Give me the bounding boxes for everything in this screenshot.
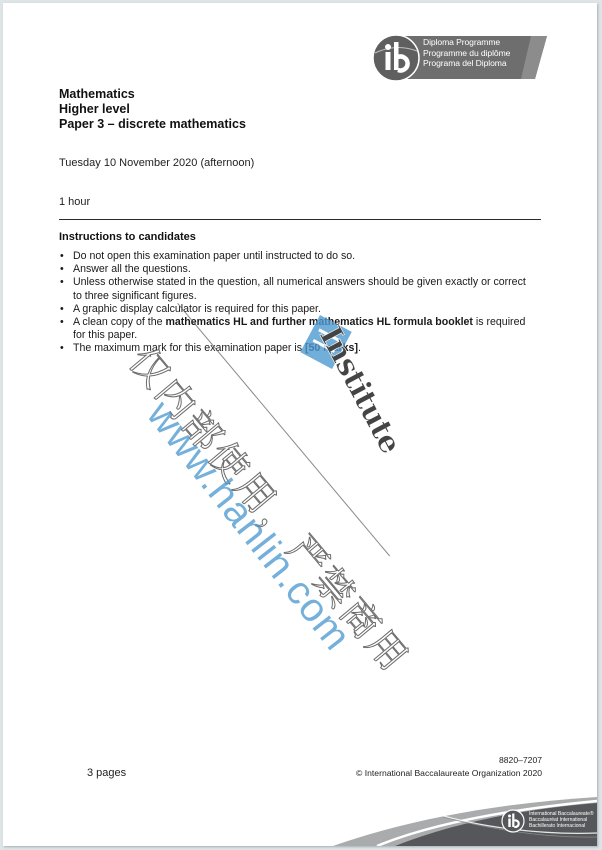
paper-code: 8820–7207 — [499, 755, 542, 765]
bullet-icon: • — [60, 276, 64, 289]
instruction-item: •Unless otherwise stated in the question… — [59, 276, 529, 302]
bullet-icon: • — [60, 316, 64, 329]
instruction-item: •A clean copy of the mathematics HL and … — [59, 316, 529, 342]
programme-line-en: Diploma Programme — [423, 37, 510, 48]
paper-title: Mathematics Higher level Paper 3 – discr… — [59, 87, 246, 132]
programme-line-fr: Programme du diplôme — [423, 48, 510, 59]
ib-organization-names: International Baccalaureate® Baccalauréa… — [529, 811, 594, 829]
programme-names: Diploma Programme Programme du diplôme P… — [423, 37, 510, 69]
instruction-item: •Do not open this examination paper unti… — [59, 250, 529, 263]
programme-line-es: Programa del Diploma — [423, 58, 510, 69]
ib-footer-logo-icon — [501, 809, 525, 833]
bullet-icon: • — [60, 303, 64, 316]
instruction-item: •A graphic display calculator is require… — [59, 303, 529, 316]
instruction-item: •The maximum mark for this examination p… — [59, 342, 529, 355]
watermark-chinese-text: 仅内部使用，严禁商用 — [119, 333, 425, 682]
bullet-icon: • — [60, 342, 64, 355]
exam-cover-page: Diploma Programme Programme du diplôme P… — [3, 3, 597, 846]
formula-booklet-emphasis: mathematics HL and further mathematics H… — [165, 316, 472, 328]
copyright-notice: © International Baccalaureate Organizati… — [356, 768, 542, 778]
max-marks-emphasis: [50 marks] — [305, 342, 358, 354]
instruction-item: •Answer all the questions. — [59, 263, 529, 276]
paper-subtitle: Paper 3 – discrete mathematics — [59, 117, 246, 132]
watermark-url: www.hanlin.com — [138, 393, 360, 659]
divider — [59, 219, 541, 220]
bullet-icon: • — [60, 263, 64, 276]
exam-duration: 1 hour — [59, 196, 90, 208]
instructions-heading: Instructions to candidates — [59, 231, 196, 243]
subject-title: Mathematics — [59, 87, 246, 102]
bullet-icon: • — [60, 250, 64, 263]
exam-date: Tuesday 10 November 2020 (afternoon) — [59, 157, 254, 169]
instructions-list: •Do not open this examination paper unti… — [59, 250, 529, 356]
level-title: Higher level — [59, 102, 246, 117]
ib-diploma-logo: Diploma Programme Programme du diplôme P… — [371, 33, 547, 81]
page-count: 3 pages — [87, 767, 126, 779]
